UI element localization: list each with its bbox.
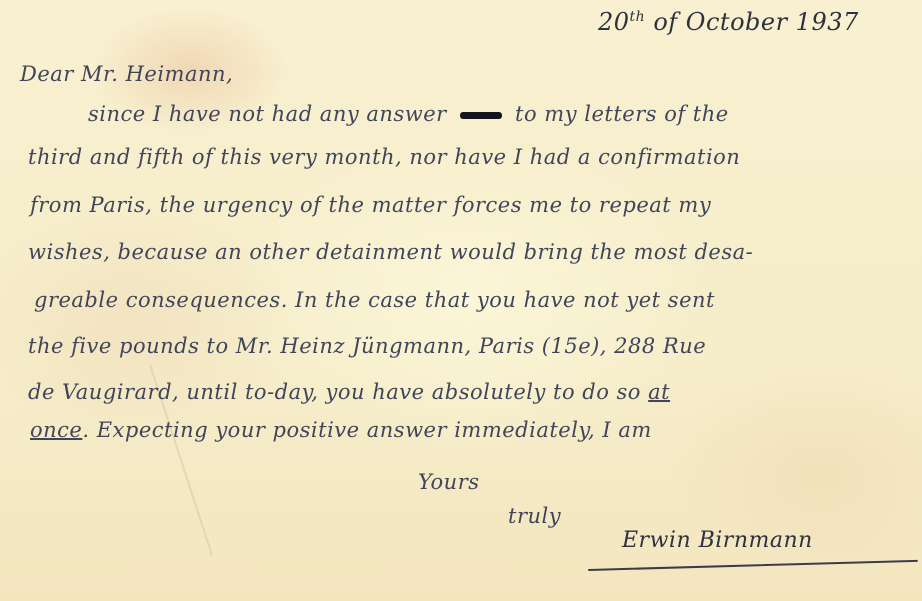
salutation: Dear Mr. Heimann, (20, 62, 233, 86)
closing-yours: Yours (418, 470, 480, 494)
closing-truly: truly (508, 504, 561, 528)
date-rest: of October 1937 (653, 8, 858, 36)
signature-underline (588, 560, 918, 571)
body-line-2: third and fifth of this very month, nor … (28, 145, 740, 169)
redaction-mark (460, 112, 502, 119)
body-line-7: de Vaugirard, until to-day, you have abs… (28, 380, 670, 404)
body-line-8-after: . Expecting your positive answer immedia… (82, 418, 651, 442)
underlined-once: once (30, 418, 82, 442)
body-line-7-before: de Vaugirard, until to-day, you have abs… (28, 380, 641, 404)
body-line-1-before: since I have not had any answer (88, 102, 447, 126)
body-line-6: the five pounds to Mr. Heinz Jüngmann, P… (28, 334, 706, 358)
body-line-4: wishes, because an other detainment woul… (28, 240, 753, 264)
body-line-1-after: to my letters of the (515, 102, 729, 126)
date-suffix: th (630, 9, 646, 25)
underlined-at: at (648, 380, 670, 404)
body-line-1: since I have not had any answer to my le… (88, 102, 729, 126)
body-line-3: from Paris, the urgency of the matter fo… (30, 193, 711, 217)
body-line-5: greable consequences. In the case that y… (34, 288, 715, 312)
letter-date: 20th of October 1937 (598, 8, 859, 36)
date-day: 20 (598, 8, 630, 36)
signature: Erwin Birnmann (622, 528, 813, 553)
letter-card: 20th of October 1937 Dear Mr. Heimann, s… (0, 0, 922, 601)
body-line-8: once. Expecting your positive answer imm… (30, 418, 652, 442)
